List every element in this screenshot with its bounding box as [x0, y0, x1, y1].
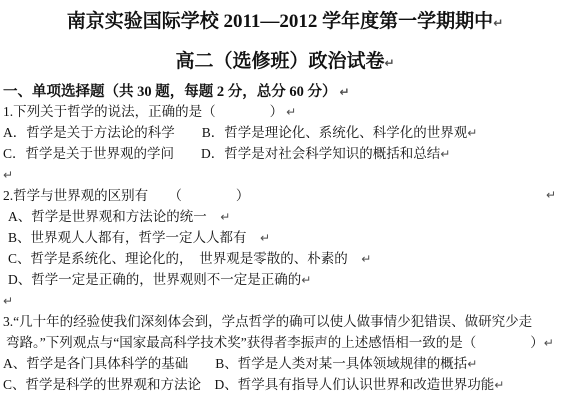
question-2-option-a-text: A、哲学是世界观和方法论的统一 [8, 209, 220, 224]
paragraph-mark-icon: ↵ [467, 357, 477, 371]
question-3-stem-line2: 弯路。”下列观点与“国家最高科学技术奖”获得者李振声的上述感悟相一致的是（ ）↵ [0, 332, 570, 353]
paragraph-mark-icon: ↵ [546, 185, 556, 206]
question-3-stem-line1-text: 3.“几十年的经验使我们深刻体会到，学点哲学的确可以使人做事情少犯错误、做研究少… [3, 314, 532, 329]
question-2-stem-text: 2.哲学与世界观的区别有 （ ） [3, 188, 249, 203]
exam-subtitle: 高二（选修班）政治试卷↵ [0, 49, 570, 75]
question-1-options-cd-text: C．哲学是关于世界观的学问 D．哲学是对社会科学知识的概括和总结 [3, 146, 440, 161]
question-1-options-row-cd: C．哲学是关于世界观的学问 D．哲学是对社会科学知识的概括和总结↵ [0, 143, 570, 164]
question-2-option-d-text: D、哲学一定是正确的，世界观则不一定是正确的 [8, 272, 301, 287]
question-2-stem: 2.哲学与世界观的区别有 （ ）↵ [0, 185, 570, 206]
exam-subtitle-text: 高二（选修班）政治试卷 [175, 51, 384, 72]
question-1-options-ab-text: A．哲学是关于方法论的科学 B．哲学是理论化、系统化、科学化的世界观 [3, 125, 467, 140]
section-heading-text: 一、单项选择题（共 30 题，每题 2 分，总分 60 分） [3, 84, 337, 100]
exam-title: 南京实验国际学校 2011—2012 学年度第一学期期中↵ [0, 0, 570, 35]
paragraph-mark-icon: ↵ [494, 378, 504, 392]
question-3-options-cd-text: C、哲学是科学的世界观和方法论 D、哲学具有指导人们认识世界和改造世界功能 [3, 377, 494, 392]
exam-title-text: 南京实验国际学校 2011—2012 学年度第一学期期中 [67, 11, 493, 32]
paragraph-mark-icon: ↵ [493, 16, 503, 30]
question-2-option-b: B、世界观人人都有，哲学一定人人都有 ↵ [0, 227, 570, 248]
question-3-options-row-cd: C、哲学是科学的世界观和方法论 D、哲学具有指导人们认识世界和改造世界功能↵ [0, 374, 570, 394]
question-3-options-row-ab: A、哲学是各门具体科学的基础 B、哲学是人类对某一具体领域规律的概括↵ [0, 353, 570, 374]
question-3-options-ab-text: A、哲学是各门具体科学的基础 B、哲学是人类对某一具体领域规律的概括 [3, 356, 467, 371]
paragraph-mark-icon: ↵ [361, 252, 371, 266]
exam-document: 南京实验国际学校 2011—2012 学年度第一学期期中↵ 高二（选修班）政治试… [0, 0, 570, 394]
question-1-options-row-ab: A．哲学是关于方法论的科学 B．哲学是理论化、系统化、科学化的世界观↵ [0, 122, 570, 143]
paragraph-mark-icon: ↵ [3, 168, 13, 182]
question-3-stem-line2-text: 弯路。”下列观点与“国家最高科学技术奖”获得者李振声的上述感悟相一致的是（ ） [6, 335, 544, 350]
question-2-option-c-text: C、哲学是系统化、理论化的， 世界观是零散的、朴素的 [8, 251, 361, 266]
blank-line: ↵ [0, 164, 570, 185]
question-1-stem-text: 1.下列关于哲学的说法，正确的是（ ） [3, 104, 283, 119]
question-1-stem: 1.下列关于哲学的说法，正确的是（ ）↵ [0, 101, 570, 122]
blank-line: ↵ [0, 290, 570, 311]
question-2-option-c: C、哲学是系统化、理论化的， 世界观是零散的、朴素的 ↵ [0, 248, 570, 269]
paragraph-mark-icon: ↵ [440, 147, 450, 161]
question-2-option-a: A、哲学是世界观和方法论的统一 ↵ [0, 206, 570, 227]
paragraph-mark-icon: ↵ [544, 336, 554, 350]
paragraph-mark-icon: ↵ [467, 126, 477, 140]
question-2-option-b-text: B、世界观人人都有，哲学一定人人都有 [8, 230, 260, 245]
question-2-option-d: D、哲学一定是正确的，世界观则不一定是正确的↵ [0, 269, 570, 290]
paragraph-mark-icon: ↵ [286, 105, 296, 119]
section-heading: 一、单项选择题（共 30 题，每题 2 分，总分 60 分）↵ [0, 84, 570, 101]
paragraph-mark-icon: ↵ [220, 210, 230, 224]
paragraph-mark-icon: ↵ [340, 85, 350, 99]
paragraph-mark-icon: ↵ [3, 294, 13, 308]
paragraph-mark-icon: ↵ [260, 231, 270, 245]
question-3-stem-line1: 3.“几十年的经验使我们深刻体会到，学点哲学的确可以使人做事情少犯错误、做研究少… [0, 311, 570, 332]
paragraph-mark-icon: ↵ [384, 56, 394, 70]
paragraph-mark-icon: ↵ [301, 273, 311, 287]
